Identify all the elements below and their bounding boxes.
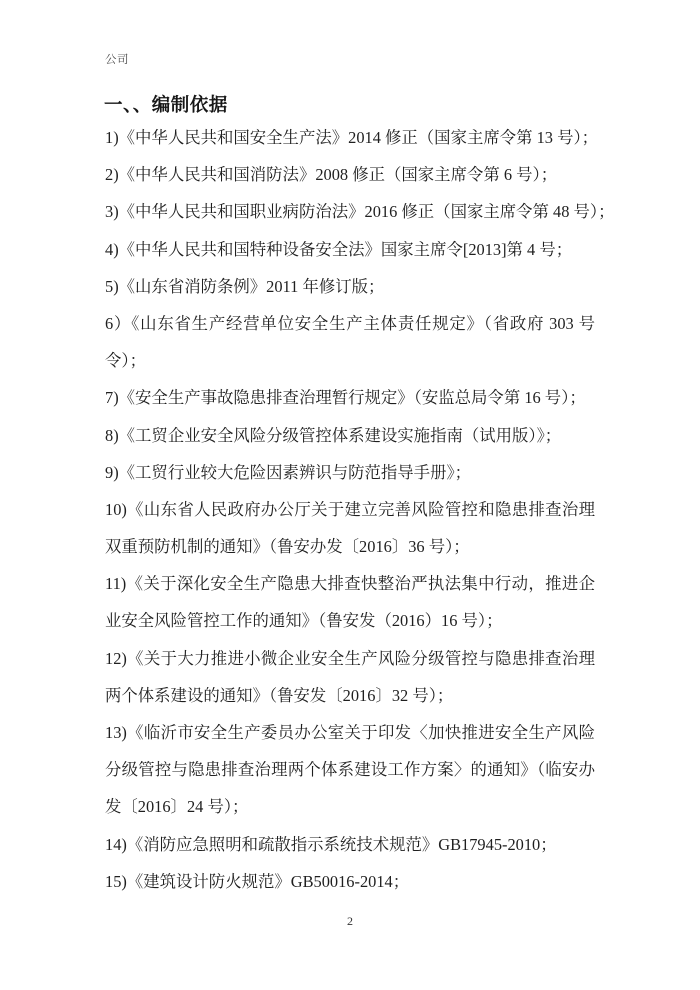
ref-item-8: 8)《工贸企业安全风险分级管控体系建设实施指南（试用版）》； bbox=[105, 417, 595, 454]
ref-item-13-cont-1: 分级管控与隐患排查治理两个体系建设工作方案〉的通知》（临安办 bbox=[105, 751, 595, 788]
ref-item-9: 9)《工贸行业较大危险因素辨识与防范指导手册》； bbox=[105, 454, 595, 491]
document-page: 公司 一、、编制依据 1)《中华人民共和国安全生产法》2014 修正（国家主席令… bbox=[0, 0, 700, 990]
ref-item-10: 10)《山东省人民政府办公厅关于建立完善风险管控和隐患排查治理 bbox=[105, 491, 595, 528]
ref-item-6-cont-1: 令）； bbox=[105, 342, 595, 379]
ref-item-11-cont-1: 业安全风险管控工作的通知》（鲁安发（2016）16 号）； bbox=[105, 602, 595, 639]
section-heading: 一、、编制依据 bbox=[104, 91, 228, 117]
reference-list: 1)《中华人民共和国安全生产法》2014 修正（国家主席令第 13 号）； 2)… bbox=[105, 119, 595, 900]
ref-item-15: 15)《建筑设计防火规范》GB50016-2014； bbox=[105, 863, 595, 900]
ref-item-5: 5)《山东省消防条例》2011 年修订版； bbox=[105, 268, 595, 305]
page-number: 2 bbox=[0, 914, 700, 929]
ref-item-3: 3)《中华人民共和国职业病防治法》2016 修正（国家主席令第 48 号）； bbox=[105, 193, 595, 230]
ref-item-13-cont-2: 发〔2016〕24 号）； bbox=[105, 788, 595, 825]
ref-item-2: 2)《中华人民共和国消防法》2008 修正（国家主席令第 6 号）； bbox=[105, 156, 595, 193]
ref-item-13: 13)《临沂市安全生产委员办公室关于印发〈加快推进安全生产风险 bbox=[105, 714, 595, 751]
ref-item-10-cont-1: 双重预防机制的通知》（鲁安办发〔2016〕36 号）； bbox=[105, 528, 595, 565]
ref-item-14: 14)《消防应急照明和疏散指示系统技术规范》GB17945-2010； bbox=[105, 826, 595, 863]
ref-item-1: 1)《中华人民共和国安全生产法》2014 修正（国家主席令第 13 号）； bbox=[105, 119, 595, 156]
ref-item-4: 4)《中华人民共和国特种设备安全法》国家主席令[2013]第 4 号； bbox=[105, 231, 595, 268]
ref-item-6: 6）《山东省生产经营单位安全生产主体责任规定》（省政府 303 号 bbox=[105, 305, 595, 342]
ref-item-11: 11)《关于深化安全生产隐患大排查快整治严执法集中行动，推进企 bbox=[105, 565, 595, 602]
ref-item-12-cont-1: 两个体系建设的通知》（鲁安发〔2016〕32 号）； bbox=[105, 677, 595, 714]
running-header: 公司 bbox=[105, 51, 129, 67]
ref-item-7: 7)《安全生产事故隐患排查治理暂行规定》（安监总局令第 16 号）； bbox=[105, 379, 595, 416]
ref-item-12: 12)《关于大力推进小微企业安全生产风险分级管控与隐患排查治理 bbox=[105, 640, 595, 677]
